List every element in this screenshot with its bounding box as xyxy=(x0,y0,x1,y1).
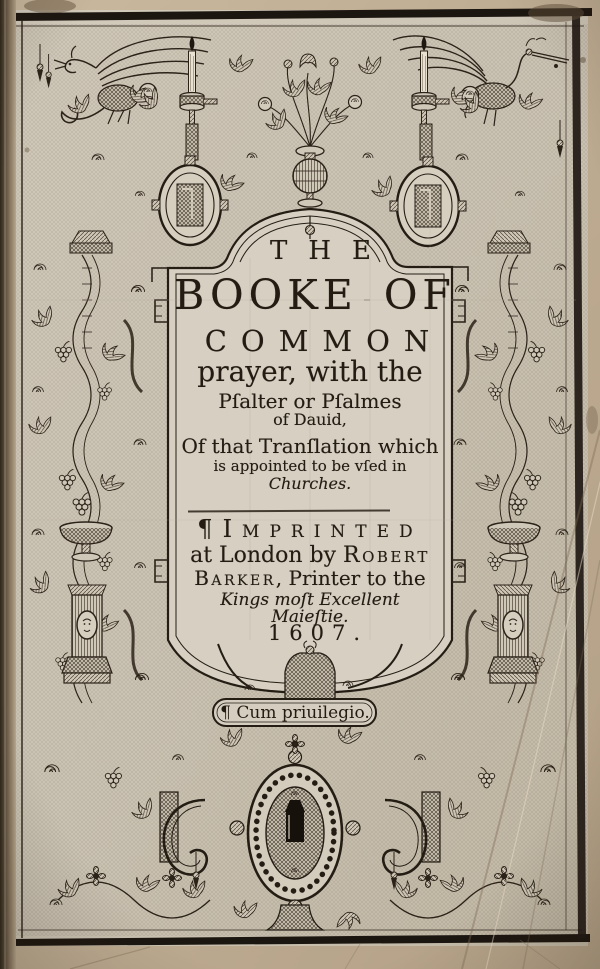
title-line-david: of Dauid, xyxy=(158,412,462,428)
pilcrow-mark: ¶ xyxy=(197,515,212,543)
translation-line-1: Of that Tranſlation which xyxy=(158,436,462,456)
title-line-prayer: prayer, with the xyxy=(158,358,462,386)
printer-title-text: , Printer to the xyxy=(276,566,426,590)
printer-last-name: Barker xyxy=(194,566,276,590)
imprinted-word: Imprinted xyxy=(217,515,423,543)
title-line-psalter: Pſalter or Pſalmes xyxy=(158,391,462,411)
printer-first-name: Robert xyxy=(343,543,430,568)
title-line-the: THE xyxy=(158,238,483,264)
imprint-year: 1607. xyxy=(158,623,470,644)
imprint-line-imprinted: ¶Imprinted xyxy=(158,517,462,541)
title-line-booke-of: BOOKE OF xyxy=(158,275,467,316)
title-page-photo: THE BOOKE OF COMMON prayer, with the Pſa… xyxy=(0,0,600,969)
privilege-notice: ¶ Cum priuilegio. xyxy=(214,700,376,727)
translation-line-2: is appointed to be vſed in xyxy=(158,459,462,474)
title-line-common: COMMON xyxy=(158,327,476,356)
translation-line-3: Churches. xyxy=(158,476,462,492)
imprint-place-text: at London by xyxy=(190,543,343,568)
imprint-line-london: at London by Robert xyxy=(158,545,462,567)
imprint-line-barker: Barker, Printer to the xyxy=(158,568,462,588)
